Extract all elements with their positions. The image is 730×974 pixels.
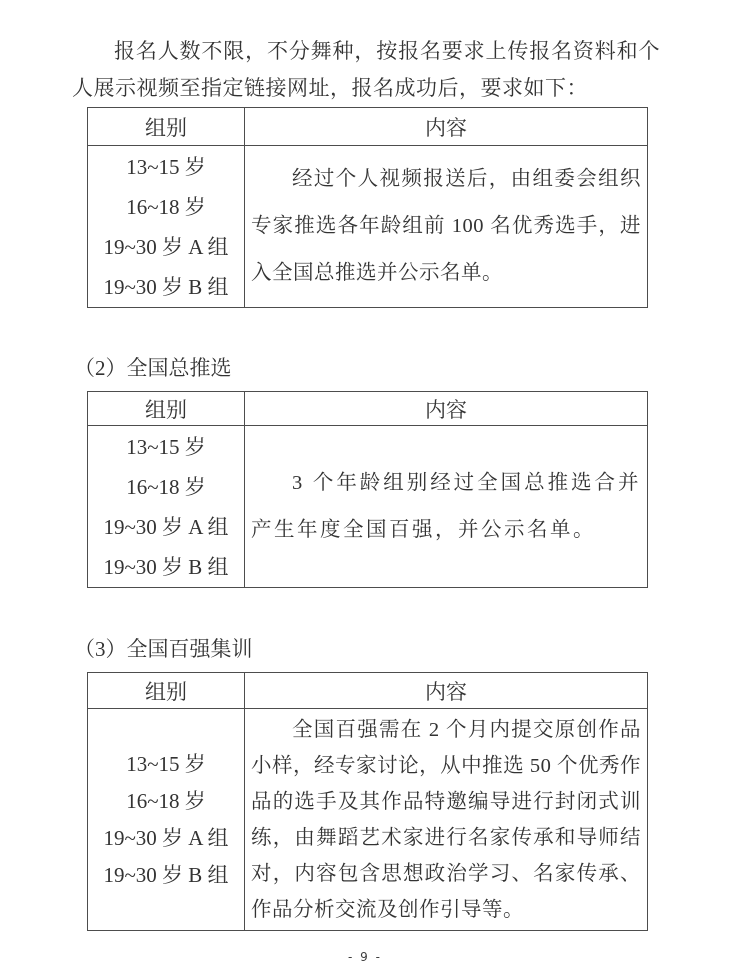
group-label: 19~30 岁 A 组 (88, 227, 244, 267)
table-header-row: 组别 内容 (88, 673, 648, 709)
group-label: 19~30 岁 B 组 (88, 547, 244, 587)
group-list-cell: 13~15 岁 16~18 岁 19~30 岁 A 组 19~30 岁 B 组 (88, 709, 245, 931)
top100-training-table: 组别 内容 13~15 岁 16~18 岁 19~30 岁 A 组 19~30 … (87, 672, 648, 931)
content-cell: 经过个人视频报送后，由组委会组织专家推选各年龄组前 100 名优秀选手，进入全国… (245, 146, 648, 308)
group-label: 19~30 岁 A 组 (88, 507, 244, 547)
document-page: 报名人数不限，不分舞种，按报名要求上传报名资料和个人展示视频至指定链接网址，报名… (0, 0, 730, 974)
group-label: 13~15 岁 (88, 147, 244, 187)
group-label: 13~15 岁 (88, 427, 244, 467)
content-text: 经过个人视频报送后，由组委会组织专家推选各年龄组前 100 名优秀选手，进入全国… (251, 156, 641, 297)
national-selection-table: 组别 内容 13~15 岁 16~18 岁 19~30 岁 A 组 19~30 … (87, 391, 648, 588)
group-label: 19~30 岁 B 组 (88, 857, 244, 894)
content-column-header: 内容 (245, 673, 648, 709)
content-text: 3 个年龄组别经过全国总推选合并产生年度全国百强，并公示名单。 (251, 460, 641, 554)
table-body-row: 13~15 岁 16~18 岁 19~30 岁 A 组 19~30 岁 B 组 … (88, 426, 648, 588)
initial-selection-table: 组别 内容 13~15 岁 16~18 岁 19~30 岁 A 组 19~30 … (87, 107, 648, 308)
group-label: 16~18 岁 (88, 467, 244, 507)
group-column-header: 组别 (88, 392, 245, 426)
section-heading-national-selection: （2）全国总推选 (74, 354, 660, 382)
group-list-cell: 13~15 岁 16~18 岁 19~30 岁 A 组 19~30 岁 B 组 (88, 146, 245, 308)
table-header-row: 组别 内容 (88, 108, 648, 146)
group-label: 16~18 岁 (88, 187, 244, 227)
content-text: 全国百强需在 2 个月内提交原创作品小样，经专家讨论，从中推选 50 个优秀作品… (251, 712, 641, 928)
group-column-header: 组别 (88, 673, 245, 709)
content-column-header: 内容 (245, 108, 648, 146)
content-cell: 全国百强需在 2 个月内提交原创作品小样，经专家讨论，从中推选 50 个优秀作品… (245, 709, 648, 931)
group-column-header: 组别 (88, 108, 245, 146)
group-label: 19~30 岁 A 组 (88, 820, 244, 857)
group-list-cell: 13~15 岁 16~18 岁 19~30 岁 A 组 19~30 岁 B 组 (88, 426, 245, 588)
table-body-row: 13~15 岁 16~18 岁 19~30 岁 A 组 19~30 岁 B 组 … (88, 146, 648, 308)
group-label: 13~15 岁 (88, 746, 244, 783)
content-cell: 3 个年龄组别经过全国总推选合并产生年度全国百强，并公示名单。 (245, 426, 648, 588)
group-label: 16~18 岁 (88, 783, 244, 820)
section-heading-top100-training: （3）全国百强集训 (74, 635, 660, 663)
page-number: - 9 - (0, 950, 730, 964)
group-label: 19~30 岁 B 组 (88, 267, 244, 307)
content-column-header: 内容 (245, 392, 648, 426)
table-body-row: 13~15 岁 16~18 岁 19~30 岁 A 组 19~30 岁 B 组 … (88, 709, 648, 931)
intro-paragraph: 报名人数不限，不分舞种，按报名要求上传报名资料和个人展示视频至指定链接网址，报名… (72, 33, 660, 107)
table-header-row: 组别 内容 (88, 392, 648, 426)
